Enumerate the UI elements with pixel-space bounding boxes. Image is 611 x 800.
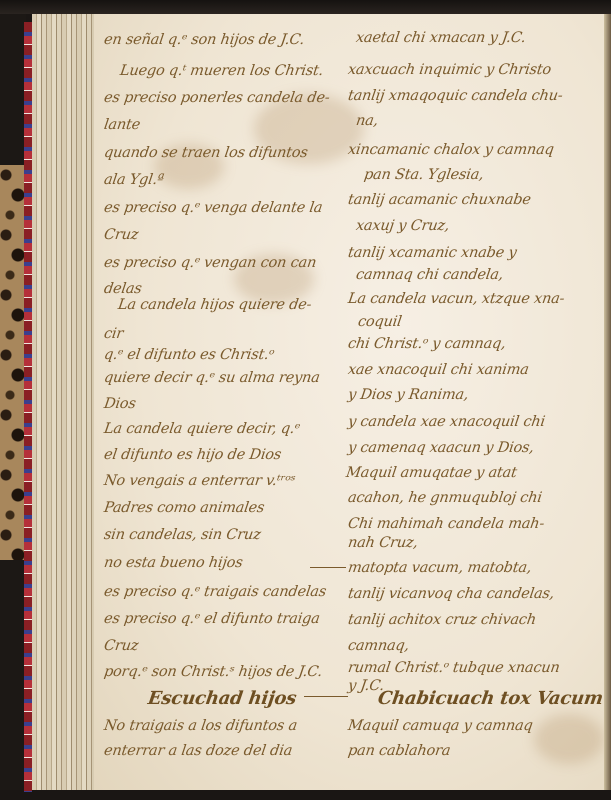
page-stack-edges [32,14,94,790]
text-line: q.ᵉ el difunto es Christ.ᵒ [103,347,275,363]
text-line: camnaq chi candela, [355,267,504,283]
text-line: sin candelas, sin Cruz [103,527,262,543]
text-line: La candela vacun, xtzque xna- [347,291,566,307]
text-line: xae xnacoquil chi xanima [347,362,530,378]
text-line: na, [355,113,379,129]
text-line: el difunto es hijo de Dios [103,447,282,463]
text-line: y Dios y Ranima, [347,387,470,403]
text-line: pan cablahora [347,743,451,759]
text-line: es preciso q.ᵉ venga delante la [103,200,324,216]
text-line: xaetal chi xmacan y J.C. [355,30,527,46]
text-line: La candela hijos quiere de- [117,297,313,313]
text-line: delas [103,281,143,297]
section-heading: Escuchad hijos [147,688,298,709]
text-line: No traigais a los difuntos a [103,718,298,734]
text-line: tanlij vicanvoq cha candelas, [347,586,555,602]
text-line: Maquil amuqatae y atat [345,465,518,481]
text-line: rumal Christ.ᵒ tubque xnacun [347,660,561,676]
book-cover-left-lower [0,560,26,790]
text-line: Padres como animales [103,500,265,516]
text-line: matopta vacum, matobta, [347,560,533,576]
book-headband [24,22,32,792]
water-stain [534,714,604,764]
text-line: Luego q.ᵗ mueren los Christ. [119,63,324,79]
section-heading: Chabicuach tox Vacum [377,688,605,709]
text-line: acahon, he gnmuqubloj chi [347,490,543,506]
text-line: tanlij xmaqoquic candela chu- [347,88,564,104]
text-line: ala Ygl.ª [103,172,165,188]
text-line: coquil [357,314,403,330]
text-line: es preciso q.ᵉ vengan con can [103,255,317,271]
line-filler-dash [310,567,346,568]
text-line: chi Christ.ᵒ y camnaq, [347,336,507,352]
text-line: La candela quiere decir, q.ᵉ [103,421,301,437]
text-line: Cruz [103,638,139,654]
text-line: nah Cruz, [347,535,419,551]
marbled-cover-board [0,165,26,560]
text-line: Cruz [103,227,139,243]
text-line: quando se traen los difuntos [103,145,309,161]
line-filler-dash [304,696,348,697]
text-line: cir [103,326,124,342]
text-line: lante [103,117,141,133]
text-line: Dios [103,396,137,412]
text-line: Chi mahimah candela mah- [347,516,545,532]
text-line: enterrar a las doze del dia [103,743,293,759]
book-cover-left-upper [0,14,26,165]
text-line: tanlij acamanic chuxnabe [347,192,532,208]
text-line: es preciso ponerles candela de- [103,90,331,106]
text-line: No vengais a enterrar v.ᵗʳᵒˢ [103,473,296,489]
text-line: quiere decir q.ᵉ su alma reyna [103,370,321,386]
text-line: xincamanic chalox y camnaq [347,142,555,158]
text-line: camnaq, [347,638,410,654]
text-line: y camenaq xaacun y Dios, [347,440,535,456]
book-cover-top [0,0,611,14]
text-line: es preciso q.ᵉ el difunto traiga [103,611,321,627]
text-line: xaxuj y Cruz, [355,218,451,234]
text-line: es preciso q.ᵉ traigais candelas [103,584,327,600]
text-line: no esta bueno hijos [103,555,244,571]
text-line: tanlij xcamanic xnabe y [347,245,518,261]
text-line: pan Sta. Yglesia, [363,167,485,183]
text-line: xaxcuach inquimic y Christo [347,62,552,78]
text-line: y candela xae xnacoquil chi [347,414,546,430]
page-edge-right [604,14,611,790]
text-line: en señal q.ᵉ son hijos de J.C. [103,32,305,48]
text-line: Maquil camuqa y camnaq [347,718,534,734]
text-line: porq.ᵉ son Christ.ˢ hijos de J.C. [103,664,323,680]
text-line: tanlij achitox cruz chivach [347,612,537,628]
